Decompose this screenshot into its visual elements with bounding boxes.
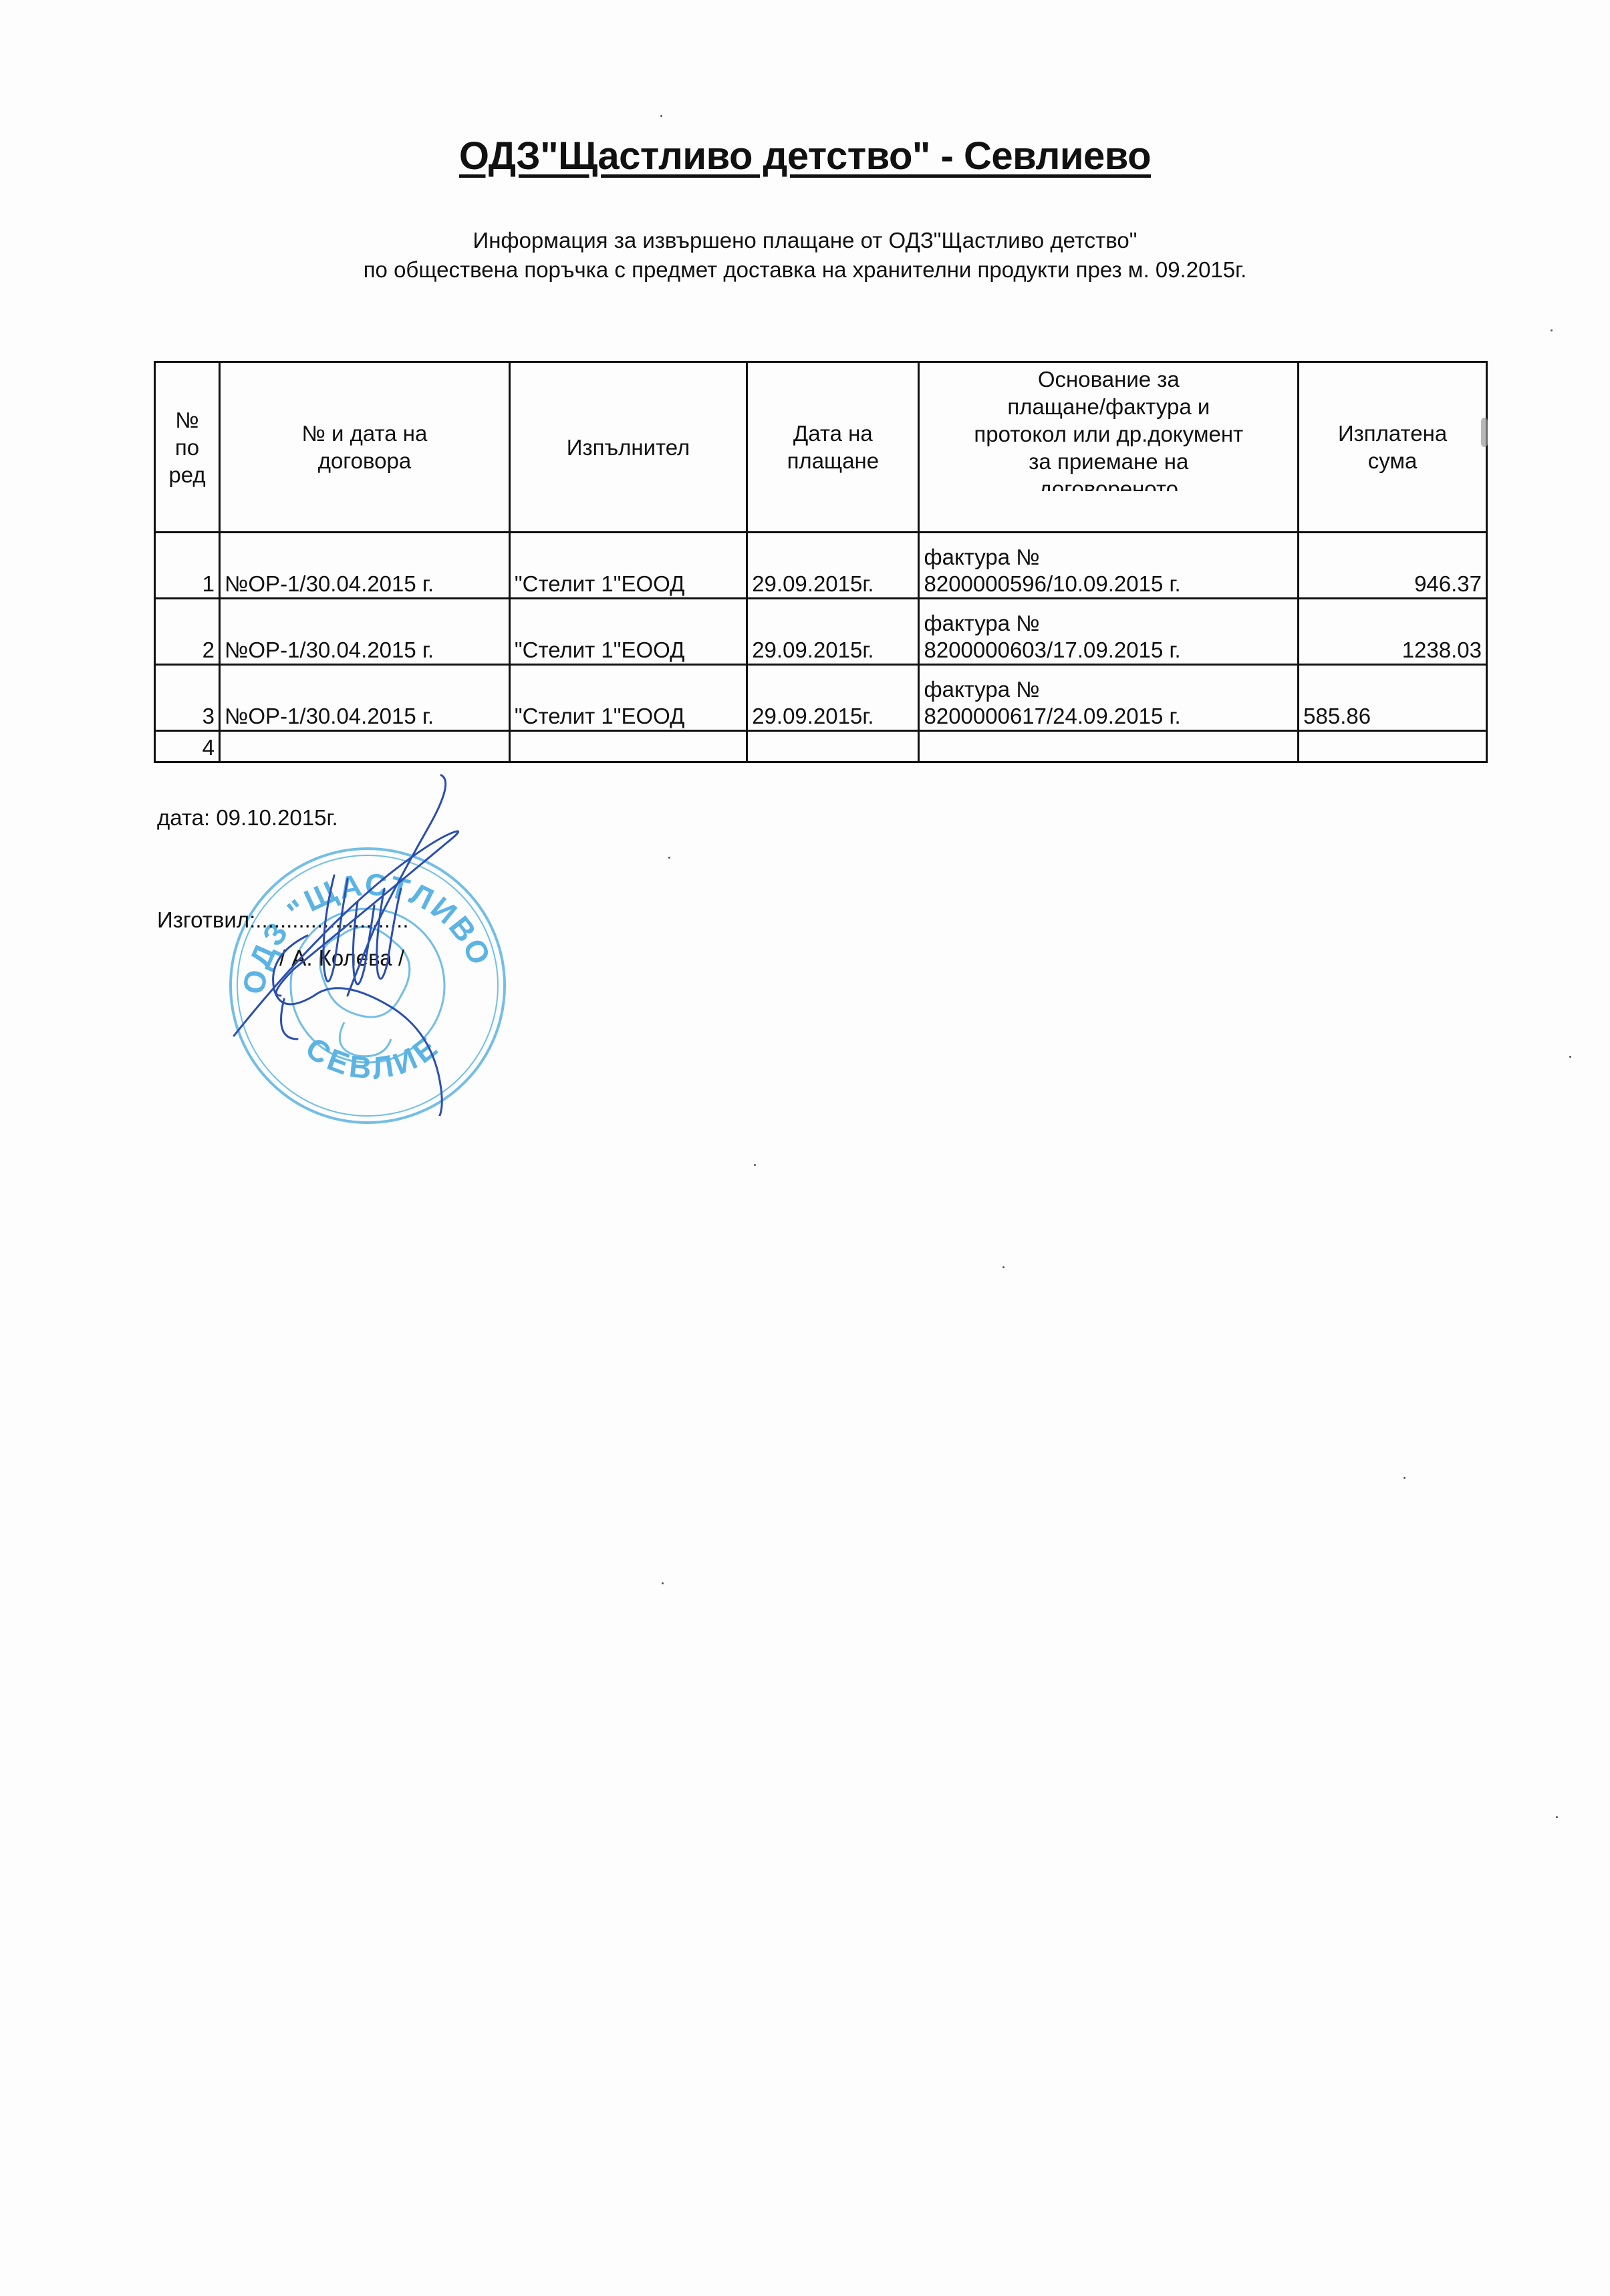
prepared-by-name: / А. Колева /: [279, 946, 404, 971]
cell-payment-date: 29.09.2015г.: [747, 533, 919, 599]
table-header-row: № по ред № и дата на договора Изпълнител…: [155, 362, 1487, 533]
table-row: 2 №ОР-1/30.04.2015 г. "Стелит 1"ЕООД 29.…: [155, 599, 1487, 665]
cell-amount: 946.37: [1299, 533, 1487, 599]
table-row: 1 №ОР-1/30.04.2015 г. "Стелит 1"ЕООД 29.…: [155, 533, 1487, 599]
cell-row-number: 2: [155, 599, 220, 665]
cell-contractor: [509, 731, 747, 762]
cell-amount: 1238.03: [1299, 599, 1487, 665]
document-title-text: ОДЗ"Щастливо детство" - Севлиево: [459, 134, 1151, 178]
table-row: 4: [155, 731, 1487, 762]
cell-contractor: "Стелит 1"ЕООД: [509, 533, 747, 599]
cell-payment-basis: фактура № 8200000617/24.09.2015 г.: [919, 665, 1299, 731]
cell-amount: [1299, 731, 1487, 762]
document-date: дата: 09.10.2015г.: [157, 805, 338, 831]
cell-contract: №ОР-1/30.04.2015 г.: [219, 533, 509, 599]
header-row-number: № по ред: [155, 362, 220, 533]
header-payment-basis: Основание за плащане/фактура и протокол …: [919, 362, 1299, 533]
document-subtitle-line-1: Информация за извършено плащане от ОДЗ"Щ…: [0, 226, 1610, 255]
header-contractor: Изпълнител: [509, 362, 747, 533]
document-title: ОДЗ"Щастливо детство" - Севлиево: [0, 134, 1610, 178]
header-contract: № и дата на договора: [219, 362, 509, 533]
document-subtitle-line-2: по обществена поръчка с предмет доставка…: [0, 255, 1610, 285]
cell-payment-date: 29.09.2015г.: [747, 599, 919, 665]
cell-row-number: 4: [155, 731, 220, 762]
cell-payment-basis: фактура № 8200000603/17.09.2015 г.: [919, 599, 1299, 665]
cell-contract: №ОР-1/30.04.2015 г.: [219, 599, 509, 665]
scan-artifact-mark: [1481, 418, 1488, 447]
header-amount-paid: Изплатена сума: [1299, 362, 1487, 533]
prepared-by-label: Изготвил:.........................: [157, 907, 409, 933]
cell-contractor: "Стелит 1"ЕООД: [509, 599, 747, 665]
cell-contract: №ОР-1/30.04.2015 г.: [219, 665, 509, 731]
official-stamp: ОДЗ "ЩАСТЛИВО ДЕТСТВО" СЕВЛИЕВО: [207, 822, 528, 1143]
payments-table: № по ред № и дата на договора Изпълнител…: [154, 361, 1488, 763]
cell-contract: [219, 731, 509, 762]
cell-row-number: 3: [155, 665, 220, 731]
header-payment-date: Дата на плащане: [747, 362, 919, 533]
cell-payment-basis: фактура № 8200000596/10.09.2015 г.: [919, 533, 1299, 599]
cell-amount: 585.86: [1299, 665, 1487, 731]
document-page: ОДЗ"Щастливо детство" - Севлиево Информа…: [0, 0, 1610, 2296]
table-row: 3 №ОР-1/30.04.2015 г. "Стелит 1"ЕООД 29.…: [155, 665, 1487, 731]
cell-payment-date: 29.09.2015г.: [747, 665, 919, 731]
cell-contractor: "Стелит 1"ЕООД: [509, 665, 747, 731]
cell-row-number: 1: [155, 533, 220, 599]
cell-payment-date: [747, 731, 919, 762]
cell-payment-basis: [919, 731, 1299, 762]
